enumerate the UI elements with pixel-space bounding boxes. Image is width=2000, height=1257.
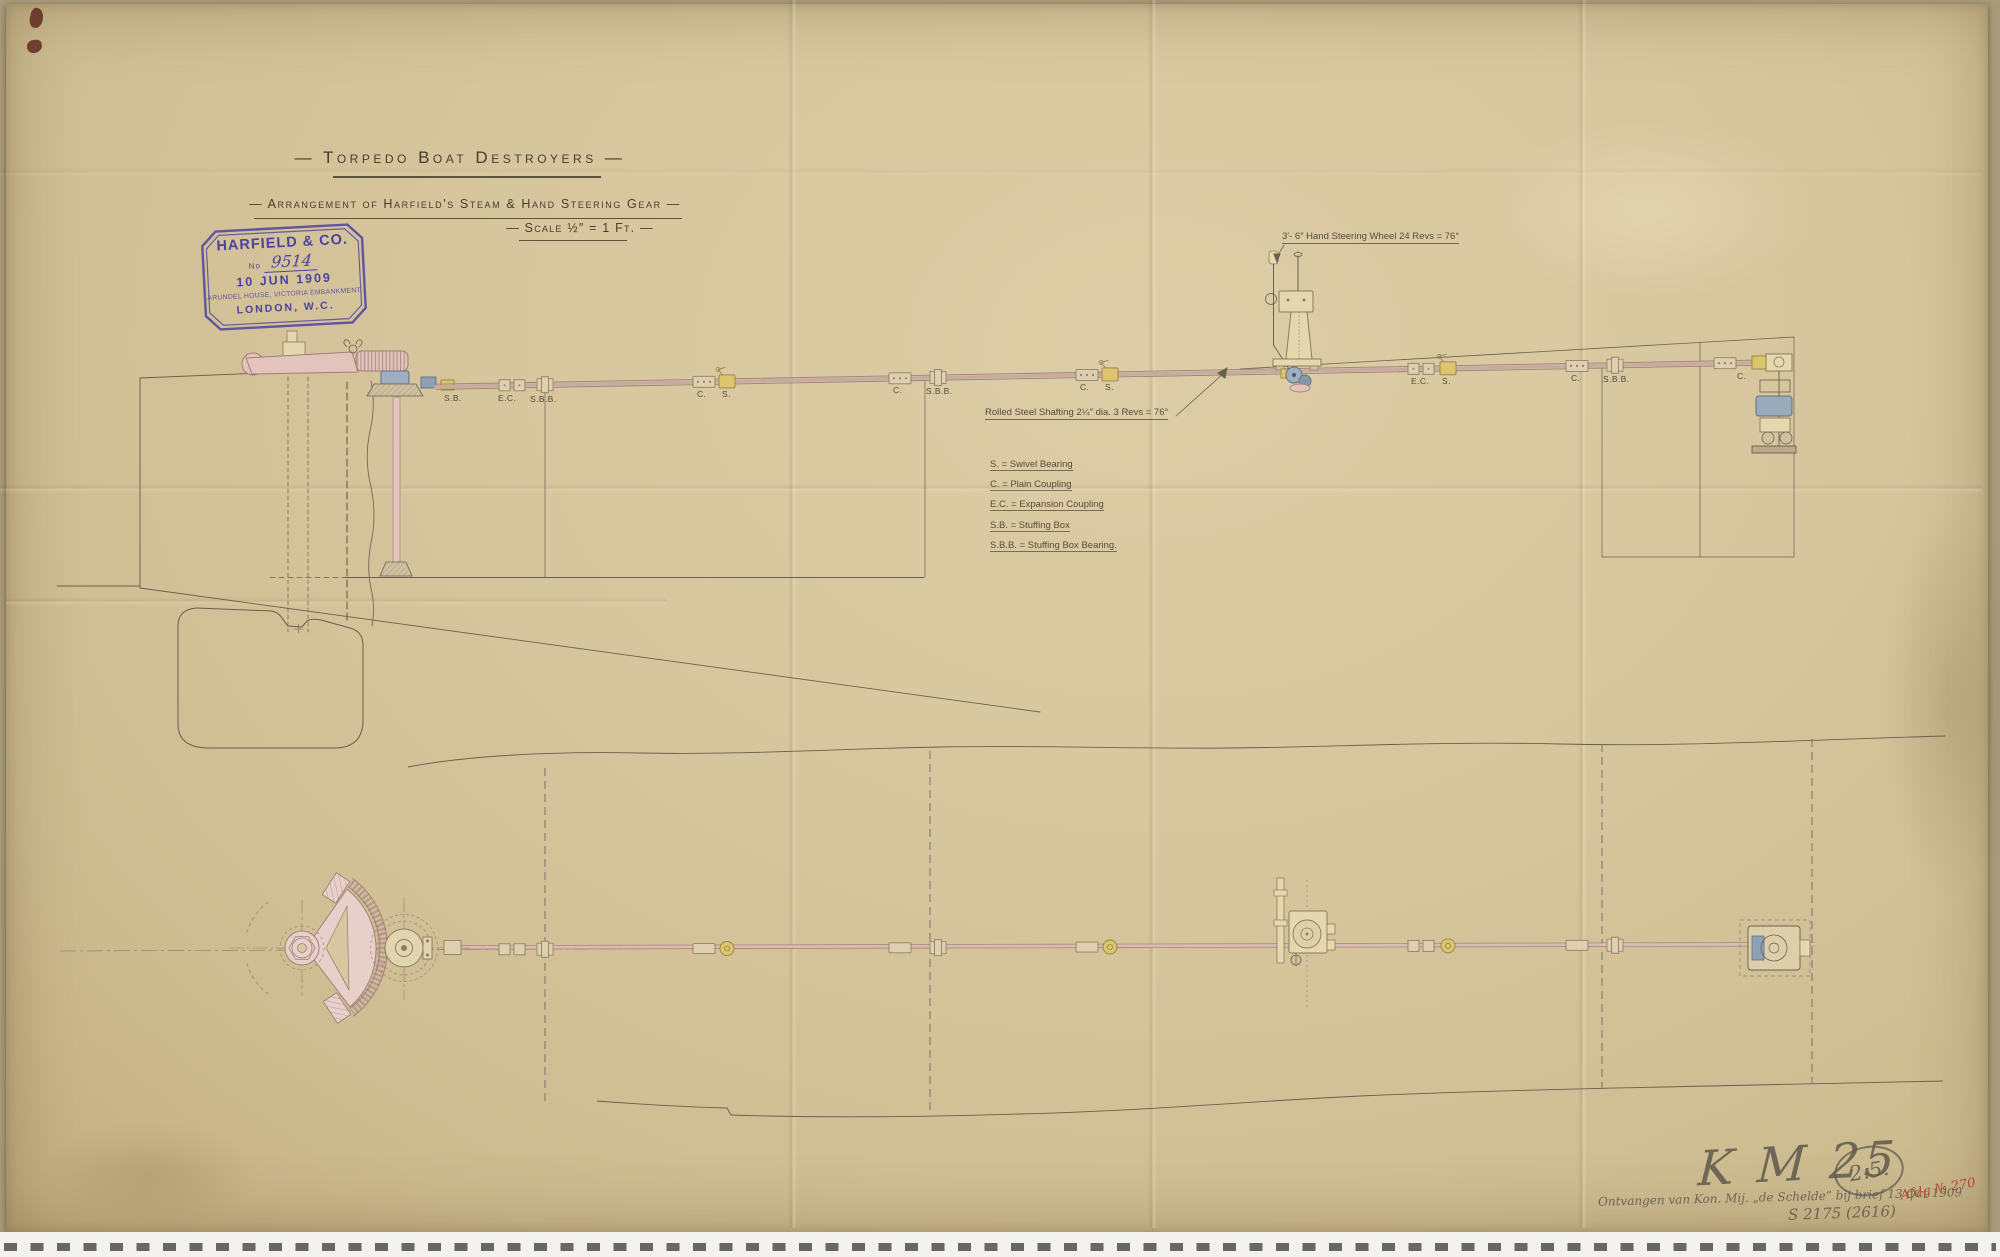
coupling-label: S.B. — [444, 393, 462, 403]
deck-edge-lower — [597, 1081, 1943, 1117]
coupling-label: C. — [1737, 371, 1746, 381]
coupling-label: E.C. — [1411, 376, 1429, 386]
plan-view — [60, 736, 1945, 1117]
steam-engine-plan — [1740, 920, 1810, 976]
title-underline — [333, 176, 601, 178]
scale-underline — [519, 240, 627, 241]
rudder-stock-centerlines — [288, 377, 308, 632]
stamp-number-label: No — [248, 261, 261, 271]
coupling-label: S.B.B. — [530, 394, 557, 404]
circled-number-text: 2.5. — [1847, 1156, 1891, 1187]
drawing-sheet: — Torpedo Boat Destroyers — — Arrangemen… — [0, 0, 2000, 1257]
coupling-label: S. — [1105, 382, 1114, 392]
scale-note: — Scale ½″ = 1 Ft. — — [470, 221, 690, 235]
coupling-label: S.B.B. — [926, 386, 953, 396]
hull-break-line — [367, 381, 374, 626]
deck-edge-upper — [408, 736, 1945, 767]
coupling-label: C. — [1080, 382, 1089, 392]
coupling-label: E.C. — [498, 393, 516, 403]
legend: S. = Swivel Bearing C. = Plain Coupling … — [990, 454, 1117, 555]
coupling-label: S.B.B. — [1603, 374, 1630, 384]
legend-item: S.B.B. = Stuffing Box Bearing. — [990, 540, 1117, 552]
coupling-label: C. — [1571, 373, 1580, 383]
handwritten-file-number: S 2175 (2616) — [1788, 1202, 1896, 1224]
legend-item: S. = Swivel Bearing — [990, 459, 1073, 471]
legend-item: E.C. = Expansion Coupling — [990, 499, 1104, 511]
stamp-number: 9514 — [264, 250, 318, 273]
tiller-and-worm-gear — [242, 331, 454, 576]
technical-drawing — [0, 0, 2000, 1257]
subtitle-underline — [254, 218, 682, 219]
sheet-title: — Torpedo Boat Destroyers — — [250, 148, 670, 168]
shafting-annotation: Rolled Steel Shafting 2¼″ dia. 3 Revs = … — [985, 407, 1168, 420]
coupling-label: S. — [722, 389, 731, 399]
sheet-subtitle: — Arrangement of Harfield's Steam & Hand… — [225, 197, 705, 211]
steam-steering-engine — [1752, 354, 1796, 453]
wheel-annotation: 3′- 6″ Hand Steering Wheel 24 Revs = 76° — [1282, 231, 1459, 244]
legend-item: S.B. = Stuffing Box — [990, 520, 1070, 532]
perforation — [4, 1243, 1996, 1251]
legend-item: C. = Plain Coupling — [990, 479, 1072, 491]
leader-lines — [1176, 245, 1284, 416]
rudder-quadrant-plan — [230, 873, 470, 1024]
coupling-label: S. — [1442, 376, 1451, 386]
rudder-outline — [178, 608, 363, 748]
coupling-label: C. — [893, 385, 902, 395]
hand-gear-plan — [1274, 878, 1335, 1010]
plan-bulkheads — [545, 739, 1812, 1114]
received-stamp: HARFIELD & CO. No 9514 10 JUN 1909 ARUND… — [199, 222, 368, 332]
coupling-label: C. — [697, 389, 706, 399]
rudder-stock — [393, 397, 400, 563]
